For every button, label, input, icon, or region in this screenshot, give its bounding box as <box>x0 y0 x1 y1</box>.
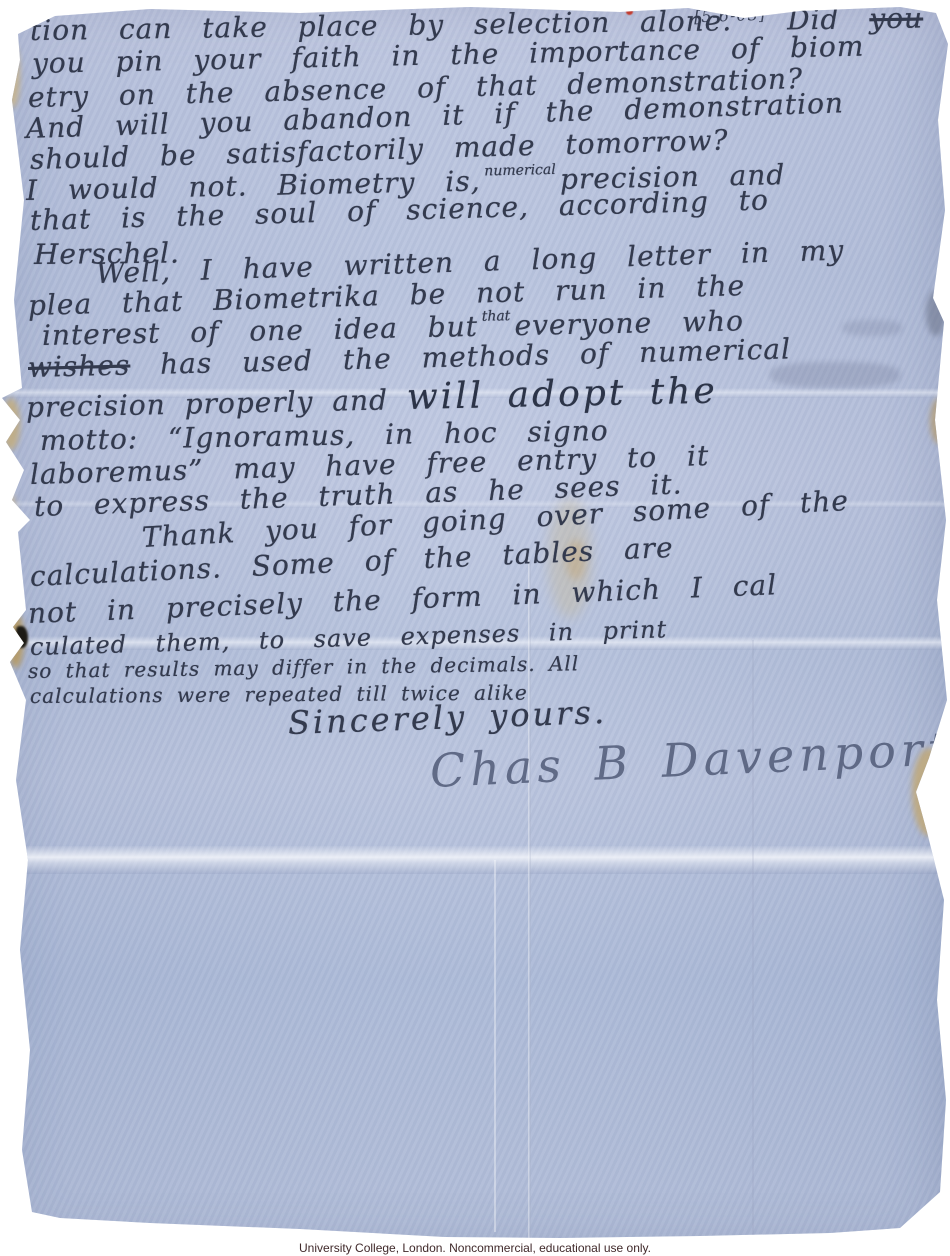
emphasized-phrase: will adopt the <box>406 371 718 419</box>
struck-out-word: you <box>869 2 923 36</box>
inserted-word: numerical <box>484 162 556 179</box>
torn-edge-stain <box>4 492 16 532</box>
letter-paper: [5-6-03] tion can take place by selectio… <box>0 0 950 1256</box>
torn-edge-stain <box>8 612 24 668</box>
ink-bleed-smudge <box>770 362 900 388</box>
struck-out-word: wishes <box>28 349 131 384</box>
usage-caption: University College, London. Noncommercia… <box>299 1241 651 1255</box>
letter-scan: [5-6-03] tion can take place by selectio… <box>0 0 950 1256</box>
vertical-fold-crease <box>494 860 496 1232</box>
ink-bleed-smudge <box>842 320 902 336</box>
inserted-word: that <box>482 308 511 325</box>
fold-crease <box>0 846 950 874</box>
torn-edge-stain <box>930 398 948 444</box>
torn-edge-notch <box>16 626 28 648</box>
torn-edge-stain <box>2 398 20 450</box>
edge-shadow-mark <box>926 290 946 336</box>
torn-edge-stain <box>6 44 20 108</box>
